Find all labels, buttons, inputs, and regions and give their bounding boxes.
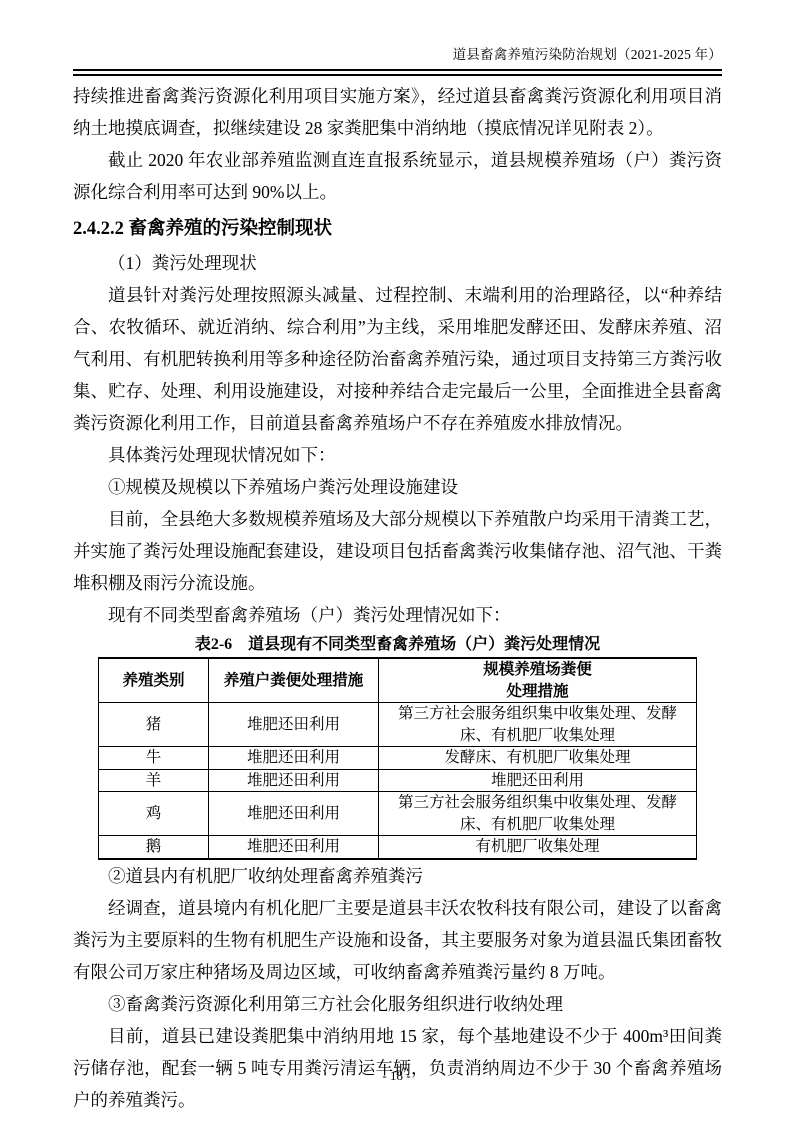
paragraph-continued: 持续推进畜禽粪污资源化利用项目实施方案》，经过道县畜禽粪污资源化利用项目消纳土地… — [73, 80, 722, 144]
paragraph-table-intro: 现有不同类型畜禽养殖场（户）粪污处理情况如下： — [73, 599, 722, 631]
table-header-row: 养殖类别 养殖户粪便处理措施 规模养殖场粪便 处理措施 — [99, 658, 697, 703]
paragraph-treatment-path: 道县针对粪污处理按照源头减量、过程控制、末端利用的治理路径，以“种养结合、农牧循… — [73, 279, 722, 439]
table-cell: 第三方社会服务组织集中收集处理、发酵床、有机肥厂收集处理 — [379, 792, 697, 836]
table-cell: 第三方社会服务组织集中收集处理、发酵床、有机肥厂收集处理 — [379, 703, 697, 747]
table-cell: 羊 — [99, 769, 209, 792]
table-caption: 表2-6 道县现有不同类型畜禽养殖场（户）粪污处理情况 — [73, 632, 722, 657]
section-heading-2-4-2-2: 2.4.2.2 畜禽养殖的污染控制现状 — [73, 213, 722, 246]
table-row: 牛堆肥还田利用发酵床、有机肥厂收集处理 — [99, 747, 697, 770]
table-row: 猪堆肥还田利用第三方社会服务组织集中收集处理、发酵床、有机肥厂收集处理 — [99, 703, 697, 747]
table-row: 鹅堆肥还田利用有机肥厂收集处理 — [99, 836, 697, 859]
table-cell: 堆肥还田利用 — [379, 769, 697, 792]
table-cell: 堆肥还田利用 — [209, 769, 379, 792]
paragraph-utilization-rate: 截止 2020 年农业部养殖监测直连直报系统显示，道县规模养殖场（户）粪污资源化… — [73, 144, 722, 208]
paragraph-item2-detail: 经调查，道县境内有机化肥厂主要是道县丰沃农牧科技有限公司，建设了以畜禽粪污为主要… — [73, 892, 722, 988]
column-header-scale-farm-measures: 规模养殖场粪便 处理措施 — [379, 658, 697, 703]
page-footer: - 18 - — [0, 1068, 793, 1084]
table-cell: 堆肥还田利用 — [209, 792, 379, 836]
page-number: - 18 - — [382, 1068, 410, 1083]
manure-treatment-table: 养殖类别 养殖户粪便处理措施 规模养殖场粪便 处理措施 猪堆肥还田利用第三方社会… — [98, 657, 697, 860]
table-row: 鸡堆肥还田利用第三方社会服务组织集中收集处理、发酵床、有机肥厂收集处理 — [99, 792, 697, 836]
table-cell: 堆肥还田利用 — [209, 747, 379, 770]
paragraph-status-intro: 具体粪污处理现状情况如下： — [73, 439, 722, 471]
document-body: 持续推进畜禽粪污资源化利用项目实施方案》，经过道县畜禽粪污资源化利用项目消纳土地… — [73, 80, 722, 1116]
paragraph-item2: ②道县内有机肥厂收纳处理畜禽养殖粪污 — [73, 860, 722, 892]
table-cell: 鸡 — [99, 792, 209, 836]
paragraph-item1: ①规模及规模以下养殖场户粪污处理设施建设 — [73, 471, 722, 503]
page-header: 道县畜禽养殖污染防治规划（2021-2025 年） — [73, 46, 722, 76]
column-header-household-measures: 养殖户粪便处理措施 — [209, 658, 379, 703]
column-header-breed-type: 养殖类别 — [99, 658, 209, 703]
paragraph-sub-heading: （1）粪污处理现状 — [73, 247, 722, 279]
paragraph-item1-detail: 目前，全县绝大多数规模养殖场及大部分规模以下养殖散户均采用干清粪工艺，并实施了粪… — [73, 503, 722, 599]
table-cell: 堆肥还田利用 — [209, 703, 379, 747]
table-cell: 猪 — [99, 703, 209, 747]
table-cell: 堆肥还田利用 — [209, 836, 379, 859]
header-rule-divider — [73, 69, 722, 76]
table-cell: 牛 — [99, 747, 209, 770]
paragraph-item3: ③畜禽粪污资源化利用第三方社会化服务组织进行收纳处理 — [73, 988, 722, 1020]
table-row: 羊堆肥还田利用堆肥还田利用 — [99, 769, 697, 792]
document-page: 道县畜禽养殖污染防治规划（2021-2025 年） 持续推进畜禽粪污资源化利用项… — [0, 0, 793, 1122]
header-title: 道县畜禽养殖污染防治规划（2021-2025 年） — [73, 46, 722, 64]
table-cell: 鹅 — [99, 836, 209, 859]
table-body: 猪堆肥还田利用第三方社会服务组织集中收集处理、发酵床、有机肥厂收集处理牛堆肥还田… — [99, 703, 697, 859]
table-cell: 发酵床、有机肥厂收集处理 — [379, 747, 697, 770]
table-cell: 有机肥厂收集处理 — [379, 836, 697, 859]
